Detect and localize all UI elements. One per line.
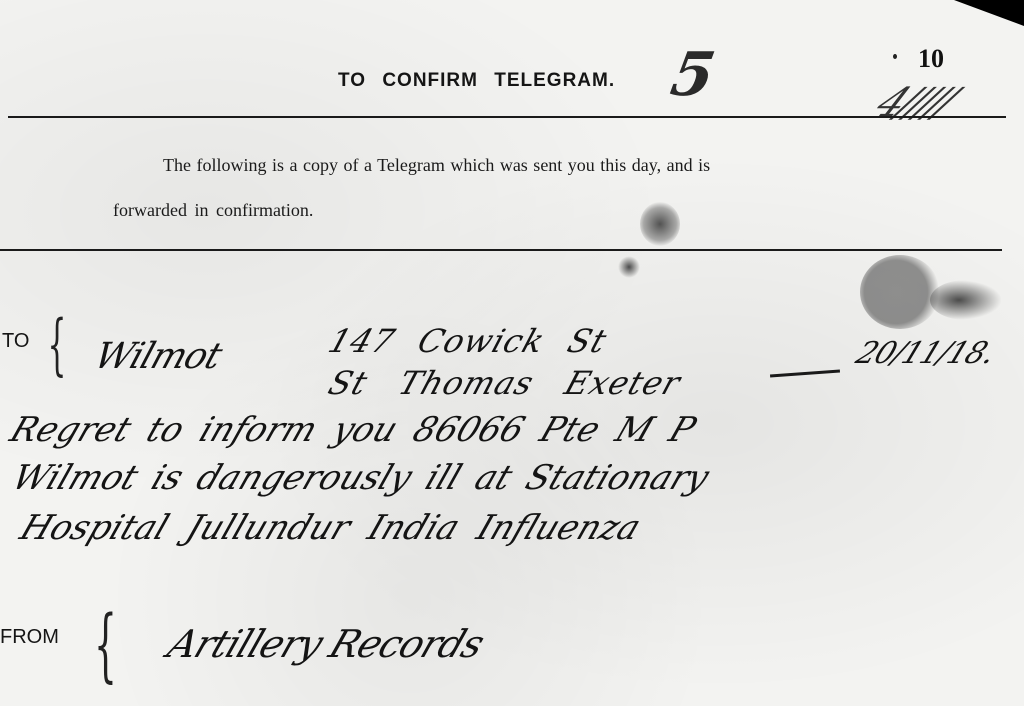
telegram-form: TO CONFIRM TELEGRAM. 5 10 4///// The fol…	[0, 0, 1024, 706]
to-label: TO	[2, 330, 29, 353]
page-dot	[893, 54, 897, 59]
to-brace: {	[48, 306, 67, 383]
form-title: TO CONFIRM TELEGRAM.	[338, 70, 615, 92]
recipient-name: Wilmot	[89, 336, 226, 377]
page-number: 10	[918, 44, 944, 74]
message-line2: Wilmot is dangerously ill at Stationary	[7, 458, 715, 498]
intro-text-line2: forwarded in confirmation.	[113, 200, 313, 221]
divider-bottom	[0, 249, 1002, 251]
ink-stain	[618, 256, 640, 278]
handwritten-dash	[770, 370, 840, 378]
margin-mark: 5	[666, 40, 720, 110]
ink-stain	[860, 255, 940, 329]
sender-signature: Artillery Records	[162, 622, 490, 666]
message-line1: Regret to inform you 86066 Pte M P	[5, 410, 701, 450]
divider-top	[8, 116, 1006, 118]
intro-text-line1: The following is a copy of a Telegram wh…	[163, 155, 710, 176]
ink-stain	[640, 202, 680, 246]
recipient-address-line2: St Thomas Exeter	[324, 364, 686, 402]
scan-corner-edge	[954, 0, 1024, 26]
message-line3: Hospital Jullundur India Influenza	[15, 508, 646, 548]
handwritten-initials: 4/////	[867, 80, 962, 126]
from-label: FROM	[0, 626, 59, 649]
telegram-date: 20/11/18.	[851, 336, 1000, 371]
ink-stain	[930, 280, 1002, 320]
recipient-address-line1: 147 Cowick St	[324, 322, 612, 360]
from-brace: {	[94, 598, 117, 691]
